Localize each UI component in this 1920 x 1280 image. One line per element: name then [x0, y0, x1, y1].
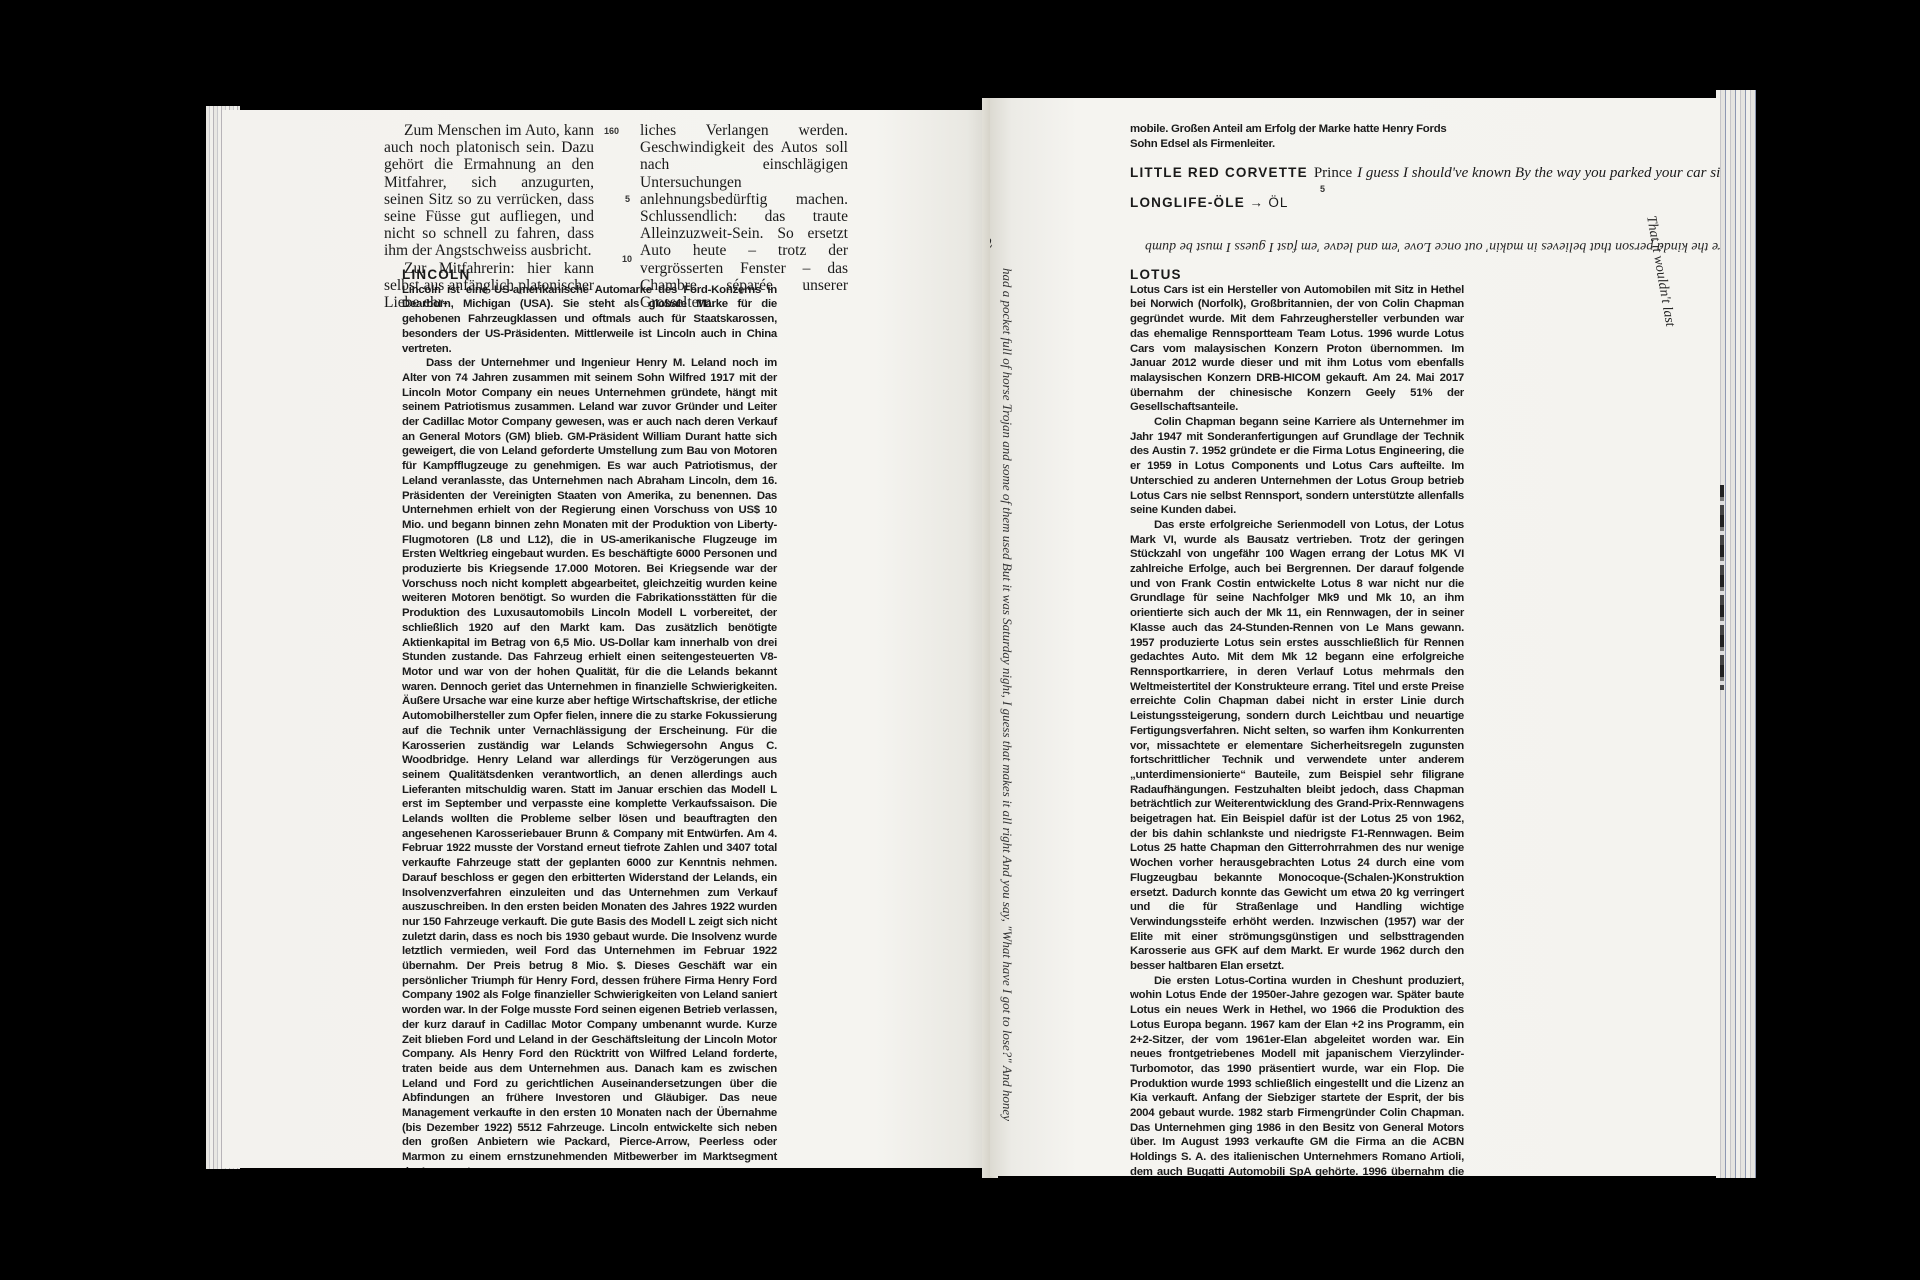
lyric-vertical: had a pocket full of horse Trojan and so…: [999, 268, 1015, 1121]
cross-reference-link[interactable]: ÖL: [1268, 195, 1288, 210]
line-number: 5: [1320, 184, 1325, 194]
headword-longlife-oele: LONGLIFE-ÖLE: [1130, 195, 1245, 210]
entry-paragraph: Das erste erfolgreiche Serienmodell von …: [1130, 518, 1464, 974]
entry-paragraph: Die ersten Lotus-Cortina wurden in Chesh…: [1130, 974, 1464, 1176]
left-page: Zum Menschen im Auto, kann auch noch pla…: [222, 110, 990, 1168]
headword-lotus: LOTUS: [1130, 268, 1464, 283]
line-number: 160: [604, 126, 619, 136]
entry-lincoln: LINCOLN Lincoln ist eine US-amerikanisch…: [402, 268, 777, 1168]
headword-little-red-corvette: LITTLE RED CORVETTE: [1130, 165, 1308, 180]
entry-paragraph: Lincoln ist eine US-amerikanische Automa…: [402, 283, 777, 357]
entry-little-red-corvette: LITTLE RED CORVETTEPrinceI guess I shoul…: [1130, 164, 1720, 182]
line-number: 5: [625, 194, 630, 204]
headword-lincoln: LINCOLN: [402, 268, 777, 283]
arrow-right-icon: →: [1249, 195, 1264, 210]
lyric-curve-left: 'Cause you: [990, 217, 997, 252]
lyric-text: I guess I should've known By the way you…: [1357, 165, 1720, 181]
right-page: mobile. Großen Anteil am Erfolg der Mark…: [990, 98, 1720, 1176]
artist-name: Prince: [1314, 165, 1352, 181]
right-page-edges: [1716, 90, 1756, 1178]
lyric-curve-right: That it wouldn't last: [1642, 215, 1677, 328]
intro-paragraph: Zum Menschen im Auto, kann auch noch pla…: [384, 122, 594, 260]
entry-paragraph: Colin Chapman begann seine Karriere als …: [1130, 415, 1464, 518]
entry-paragraph: Dass der Unternehmer und Ingenieur Henry…: [402, 356, 777, 1168]
lyric-upside-down: See, you're the kinda person that believ…: [1145, 238, 1720, 254]
lincoln-continuation: mobile. Großen Anteil am Erfolg der Mark…: [1130, 122, 1460, 151]
line-number: 10: [622, 254, 632, 264]
entry-paragraph: Lotus Cars ist ein Hersteller von Automo…: [1130, 283, 1464, 415]
entry-lotus: LOTUS Lotus Cars ist ein Hersteller von …: [1130, 268, 1464, 1176]
entry-longlife-oele: LONGLIFE-ÖLE → ÖL: [1130, 194, 1288, 212]
open-book-spread: Zum Menschen im Auto, kann auch noch pla…: [0, 0, 1920, 1280]
